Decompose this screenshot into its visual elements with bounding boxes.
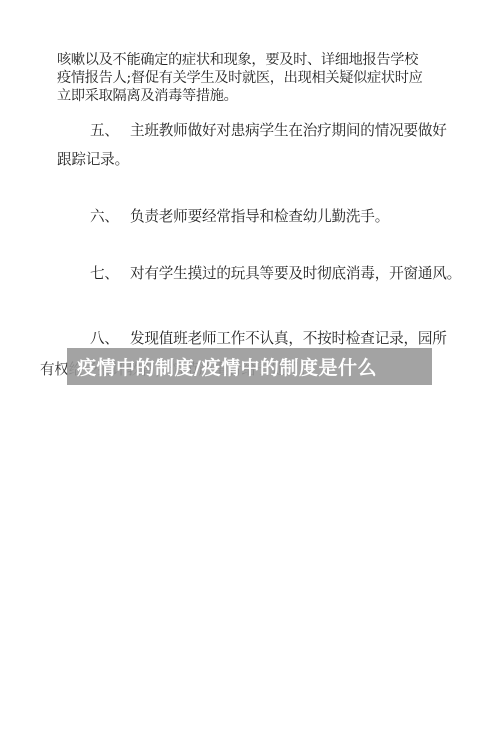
- intro-line: 咳嗽以及不能确定的症状和现象，要及时、详细地报告学校: [57, 51, 447, 69]
- document-page: 咳嗽以及不能确定的症状和现象，要及时、详细地报告学校 疫情报告人;督促有关学生及…: [0, 0, 500, 734]
- item-number: 七、: [90, 262, 130, 283]
- item-number: 六、: [90, 205, 130, 226]
- intro-line: 立即采取隔离及消毒等措施。: [57, 87, 447, 105]
- list-item-6: 六、负责老师要经常指导和检查幼儿勤洗手。: [90, 205, 389, 226]
- list-item-7: 七、对有学生摸过的玩具等要及时彻底消毒，开窗通风。: [90, 262, 461, 283]
- item-text: 发现值班老师工作不认真，不按时检查记录，园所: [130, 330, 447, 347]
- item-number: 八、: [90, 327, 130, 348]
- item-text: 主班教师做好对患病学生在治疗期间的情况要做好: [130, 122, 447, 139]
- list-item-5-continuation: 跟踪记录。: [57, 148, 129, 169]
- banner-title: 疫情中的制度/疫情中的制度是什么: [77, 353, 377, 380]
- intro-line: 疫情报告人;督促有关学生及时就医，出现相关疑似症状时应: [57, 69, 447, 87]
- list-item-5: 五、主班教师做好对患病学生在治疗期间的情况要做好: [90, 119, 447, 140]
- item-text: 对有学生摸过的玩具等要及时彻底消毒，开窗通风。: [130, 265, 461, 282]
- list-item-8: 八、发现值班老师工作不认真，不按时检查记录，园所: [90, 327, 447, 348]
- intro-paragraph: 咳嗽以及不能确定的症状和现象，要及时、详细地报告学校 疫情报告人;督促有关学生及…: [57, 51, 447, 105]
- item-text: 负责老师要经常指导和检查幼儿勤洗手。: [130, 208, 389, 225]
- title-banner: 疫情中的制度/疫情中的制度是什么: [67, 348, 432, 385]
- item-number: 五、: [90, 119, 130, 140]
